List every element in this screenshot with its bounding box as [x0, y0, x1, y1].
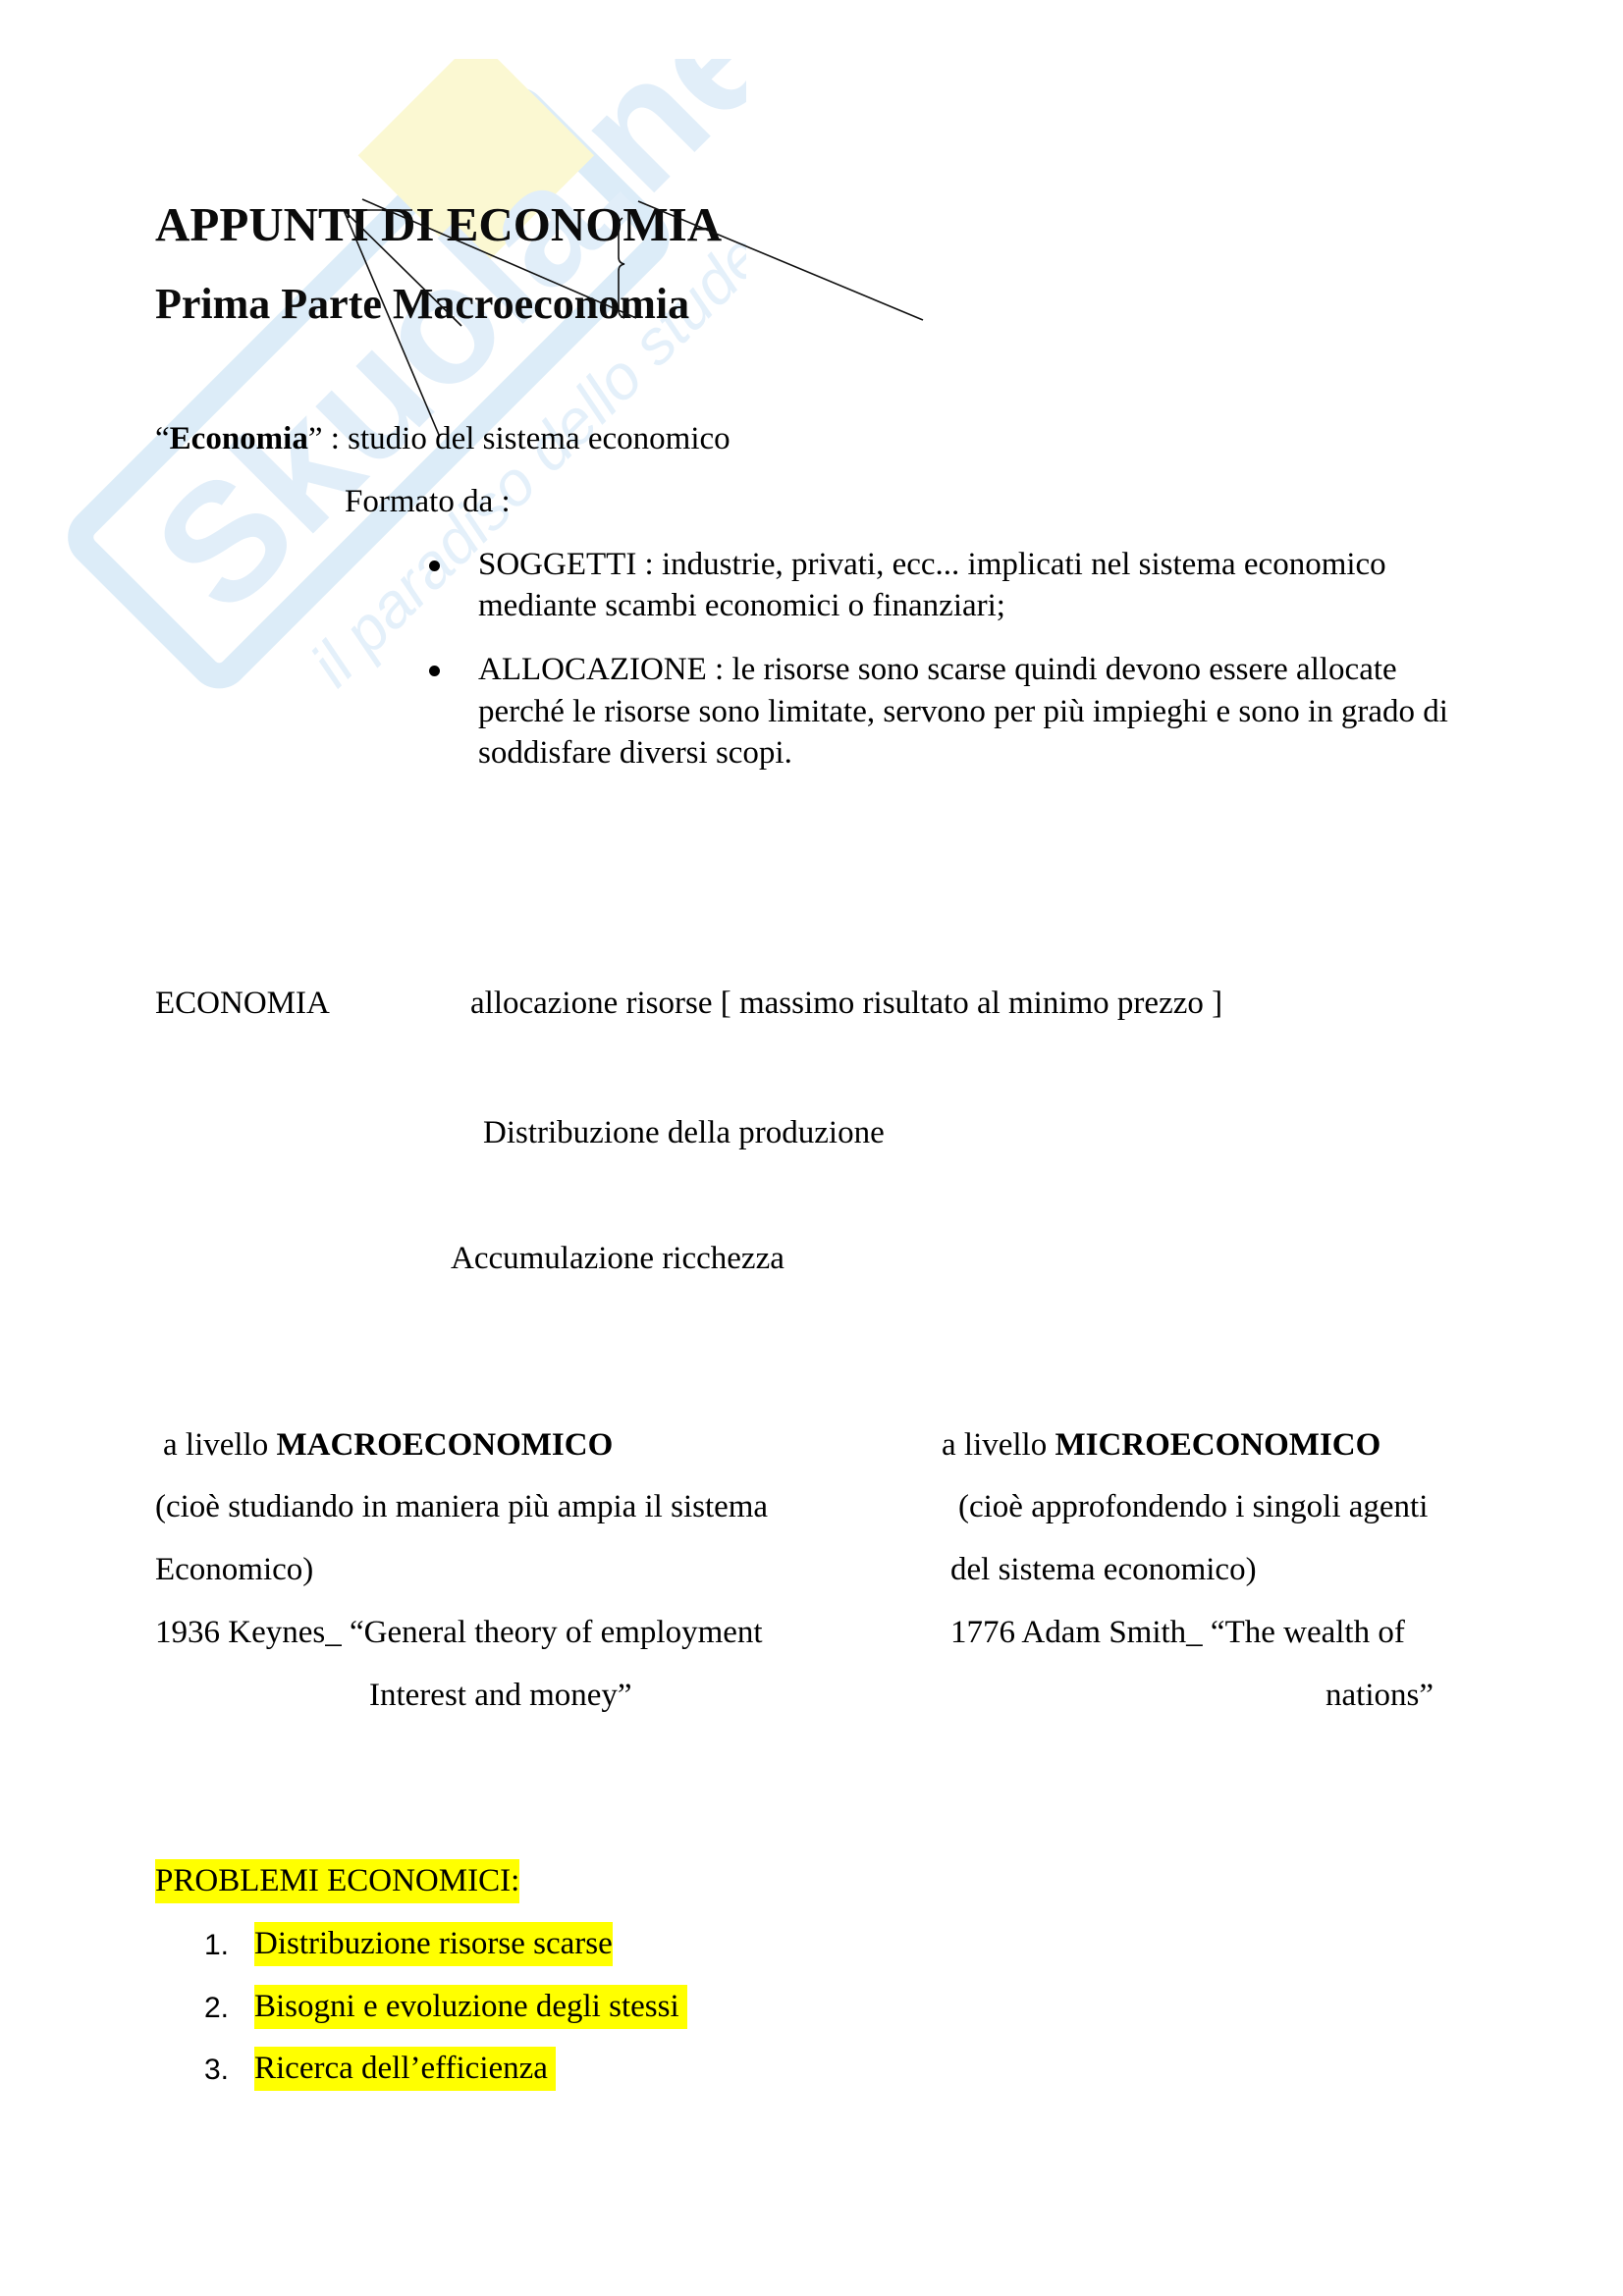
list-number: 3. [204, 2056, 229, 2085]
definition-text: ” : studio del sistema economico [308, 421, 730, 456]
formed-by-label: Formato da : [345, 486, 511, 518]
list-item-text: Ricerca dell’efficienza [254, 2047, 556, 2091]
micro-desc-line2: del sistema economico) [950, 1554, 1257, 1586]
macro-name: MACROECONOMICO [276, 1427, 613, 1463]
scheme-item-allocazione: allocazione risorse [ massimo risultato … [470, 988, 1222, 1020]
bullet-icon [429, 666, 440, 676]
micro-desc-line1: (cioè approfondendo i singoli agenti [958, 1491, 1428, 1523]
list-number: 1. [204, 1931, 229, 1960]
list-item: Bisogni e evoluzione degli stessi [254, 1991, 687, 2023]
macro-prefix: a livello [163, 1427, 276, 1463]
economia-definition: “Economia” : studio del sistema economic… [155, 423, 730, 455]
micro-ref-line1: 1776 Adam Smith_ “The wealth of [950, 1617, 1405, 1649]
list-item: Ricerca dell’efficienza [254, 2053, 556, 2085]
open-quote: “ [155, 421, 170, 456]
page-title: APPUNTI DI ECONOMIA [155, 200, 722, 248]
micro-name: MICROECONOMICO [1055, 1427, 1380, 1463]
macro-desc-line1: (cioè studiando in maniera più ampia il … [155, 1491, 768, 1523]
bullet-soggetti-line2: mediante scambi economici o finanziari; [478, 590, 1005, 622]
macro-ref-line1: 1936 Keynes_ “General theory of employme… [155, 1617, 763, 1649]
micro-prefix: a livello [942, 1427, 1055, 1463]
micro-level-heading: a livello MICROECONOMICO [942, 1429, 1380, 1462]
problems-heading: PROBLEMI ECONOMICI: [155, 1865, 519, 1897]
bullet-soggetti-line1: SOGGETTI : industrie, privati, ecc... im… [478, 549, 1386, 581]
bullet-allocazione-line2: perché le risorse sono limitate, servono… [478, 696, 1448, 728]
list-item-text: Bisogni e evoluzione degli stessi [254, 1985, 687, 2029]
economia-label: ECONOMIA [155, 988, 330, 1020]
bullet-icon [429, 561, 440, 571]
macro-level-heading: a livello MACROECONOMICO [163, 1429, 613, 1462]
bullet-allocazione-line1: ALLOCAZIONE : le risorse sono scarse qui… [478, 654, 1397, 686]
document-page: Skuola.net il paradiso dello studente AP… [0, 0, 1623, 2296]
list-number: 2. [204, 1994, 229, 2023]
macro-ref-line2: Interest and money” [369, 1680, 632, 1712]
problems-heading-text: PROBLEMI ECONOMICI: [155, 1859, 519, 1903]
micro-ref-line2: nations” [1325, 1680, 1434, 1712]
page-subtitle: Prima Parte Macroeconomia [155, 283, 689, 326]
scheme-item-accumulazione: Accumulazione ricchezza [451, 1243, 784, 1275]
bullet-allocazione-line3: soddisfare diversi scopi. [478, 737, 792, 770]
macro-desc-line2: Economico) [155, 1554, 313, 1586]
scheme-item-distribuzione: Distribuzione della produzione [483, 1117, 885, 1149]
list-item: Distribuzione risorse scarse [254, 1928, 613, 1960]
list-item-text: Distribuzione risorse scarse [254, 1922, 613, 1966]
definition-term: Economia [170, 421, 308, 456]
